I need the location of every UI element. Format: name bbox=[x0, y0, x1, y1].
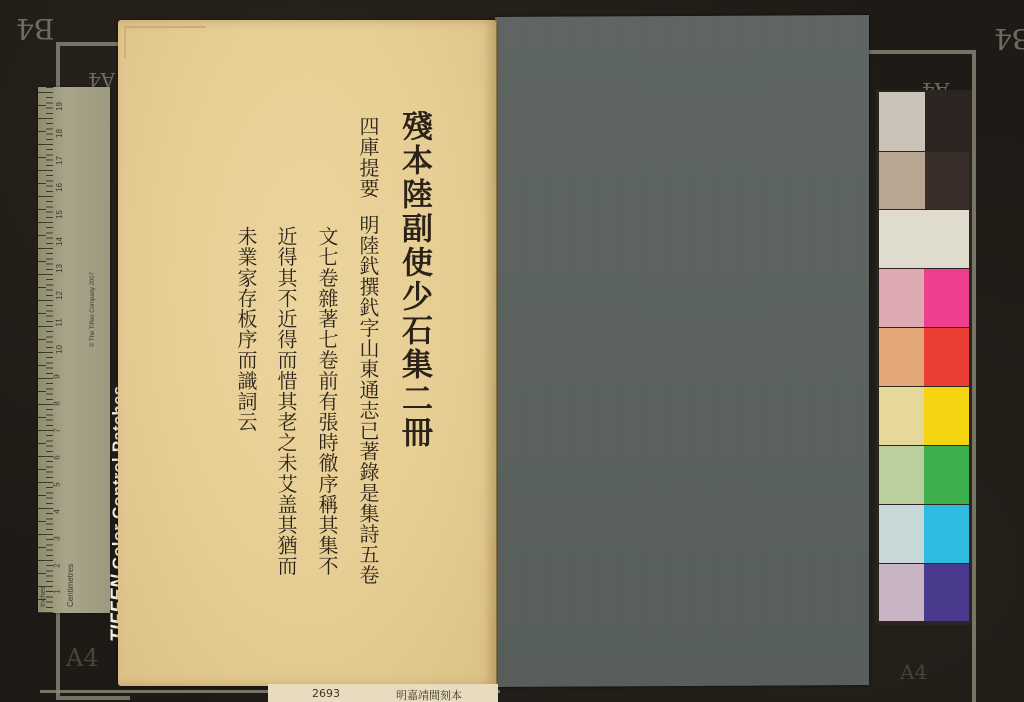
column-1-heading: 四庫提要 bbox=[356, 116, 380, 198]
cm-mark: 17 bbox=[55, 156, 64, 165]
patch-yellow bbox=[924, 387, 969, 446]
patch-row-blue bbox=[879, 564, 969, 622]
cm-mark: 6 bbox=[53, 455, 62, 459]
patch-row-tan bbox=[879, 152, 969, 210]
patch-blue bbox=[924, 564, 969, 622]
color-patch-strip bbox=[876, 90, 972, 625]
patch-row-green bbox=[879, 446, 969, 505]
patch-magenta bbox=[924, 269, 969, 328]
patch-row-white bbox=[879, 210, 969, 269]
patch-dark-brown bbox=[925, 152, 969, 210]
book-cover-right-page bbox=[495, 15, 869, 687]
patch-row-red bbox=[879, 328, 969, 387]
patch-black bbox=[925, 92, 969, 152]
patch-pale-red bbox=[879, 328, 924, 387]
patch-red bbox=[924, 328, 969, 387]
cm-mark: 3 bbox=[53, 536, 62, 540]
catalog-text: 明嘉靖間刻本 bbox=[396, 687, 462, 702]
board-mark-top-right: B4 bbox=[994, 22, 1024, 55]
patch-light-gray bbox=[879, 92, 925, 152]
patch-row-gray-light bbox=[879, 92, 969, 152]
patch-pale-magenta bbox=[879, 269, 924, 328]
patch-row-cyan bbox=[879, 505, 969, 564]
cm-mark: 19 bbox=[55, 102, 64, 111]
cm-mark: 15 bbox=[55, 210, 64, 219]
patch-cyan bbox=[924, 505, 969, 564]
patch-tan bbox=[879, 152, 925, 210]
patch-row-yellow bbox=[879, 387, 969, 446]
cm-mark: 5 bbox=[53, 482, 62, 486]
patch-green bbox=[924, 446, 969, 505]
ruler-inch-ticks bbox=[38, 87, 46, 613]
patch-pale-green bbox=[879, 446, 924, 505]
page-corner-fold bbox=[124, 26, 206, 58]
text-column-3: 近得其不近得而惜其老之未艾盖其猶而 bbox=[276, 226, 296, 576]
book-left-page: 殘本陸副使少石集二冊 四庫提要明陸釴撰釴字山東通志已著錄是集詩五卷 文七卷雜著七… bbox=[118, 20, 496, 686]
catalog-number: 2693 bbox=[312, 687, 340, 700]
cm-mark: 10 bbox=[55, 345, 64, 354]
book-title: 殘本陸副使少石集二冊 bbox=[398, 110, 429, 450]
ruler-unit-centimetres: Centimetres bbox=[66, 564, 75, 607]
board-mark-top-left: B4 bbox=[16, 12, 54, 45]
tiffen-ruler: Inches Centimetres TIFFEN Color Control … bbox=[38, 87, 110, 613]
cm-mark: 4 bbox=[53, 509, 62, 513]
patch-row-magenta bbox=[879, 269, 969, 328]
patch-white bbox=[879, 210, 969, 269]
patch-pale-yellow bbox=[879, 387, 924, 446]
text-column-4: 未業家存板序而識詞云 bbox=[236, 226, 256, 432]
cm-mark: 11 bbox=[55, 318, 64, 326]
patch-pale-cyan bbox=[879, 505, 924, 564]
column-1-body: 明陸釴撰釴字山東通志已著錄是集詩五卷 bbox=[356, 214, 380, 585]
cm-mark: 7 bbox=[53, 428, 62, 432]
ruler-copyright: © The Tiffen Company 2007 bbox=[90, 272, 96, 347]
cm-mark: 1 bbox=[53, 589, 62, 593]
text-column-2: 文七卷雜著七卷前有張時徹序稱其集不 bbox=[317, 226, 337, 576]
patch-pale-blue bbox=[879, 564, 924, 622]
ruler-cm-ticks bbox=[46, 87, 53, 613]
cm-mark: 14 bbox=[55, 237, 64, 246]
ruler-unit-inches: Inches bbox=[40, 586, 47, 607]
cm-mark: 8 bbox=[53, 401, 62, 405]
cm-mark: 12 bbox=[55, 291, 64, 300]
cm-mark: 13 bbox=[55, 264, 64, 273]
cm-mark: 9 bbox=[53, 374, 62, 378]
text-column-1: 四庫提要明陸釴撰釴字山東通志已著錄是集詩五卷 bbox=[358, 116, 378, 585]
catalog-slip: 2693 明嘉靖間刻本 bbox=[268, 684, 498, 702]
cm-mark: 18 bbox=[55, 129, 64, 138]
cm-mark: 16 bbox=[55, 183, 64, 192]
cm-mark: 2 bbox=[53, 563, 62, 567]
